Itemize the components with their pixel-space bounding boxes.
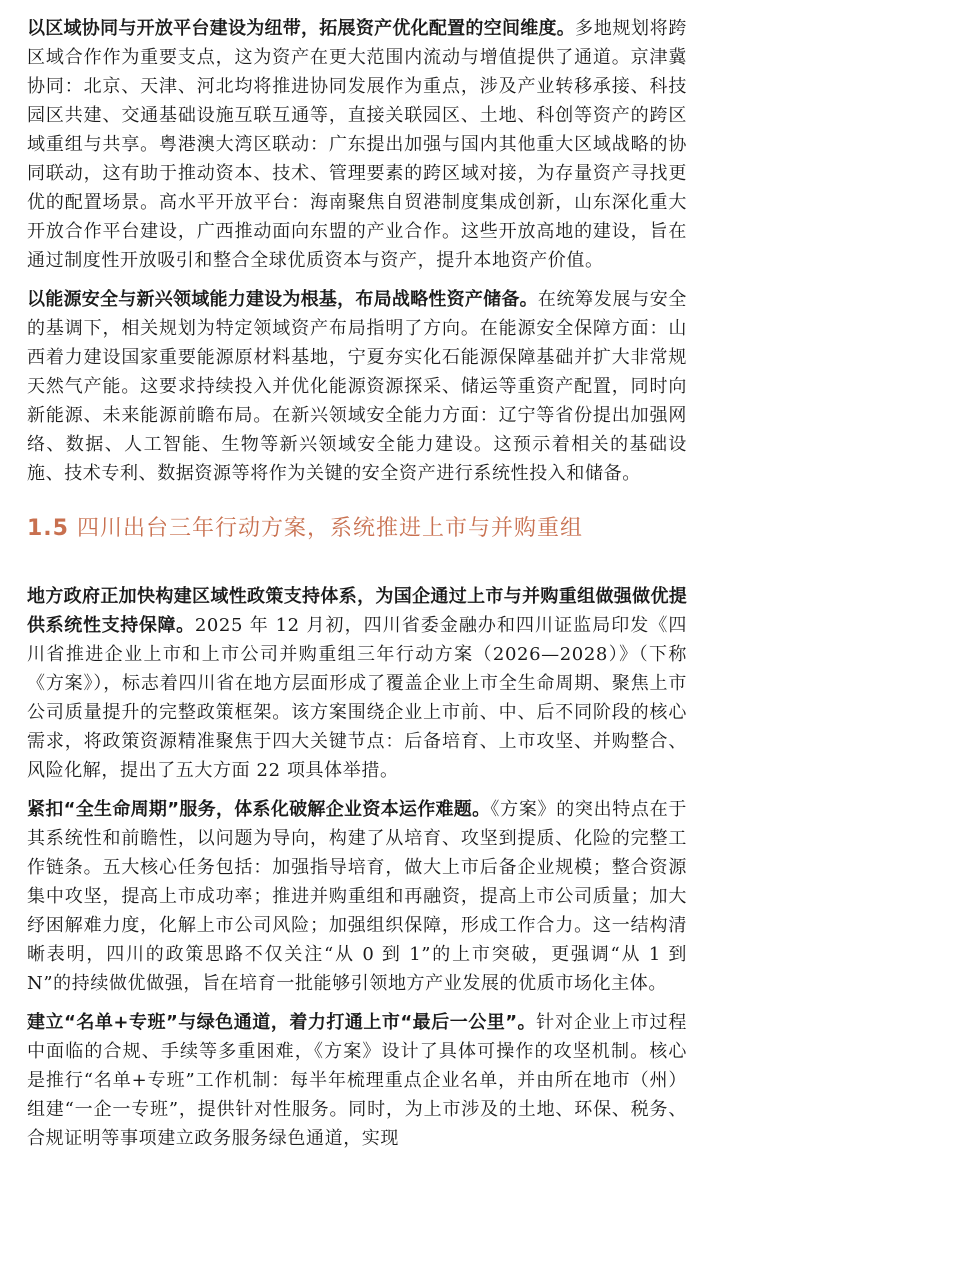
section-number: 1.5: [27, 516, 69, 541]
section-title: 四川出台三年行动方案，系统推进上市与并购重组: [77, 516, 583, 541]
section-heading: 1.5 四川出台三年行动方案，系统推进上市与并购重组: [27, 514, 687, 544]
paragraph-full-lifecycle: 紧扣“全生命周期”服务，体系化破解企业资本运作难题。《方案》的突出特点在于其系统…: [27, 795, 687, 998]
paragraph-green-channel: 建立“名单+专班”与绿色通道，着力打通上市“最后一公里”。针对企业上市过程中面临…: [27, 1008, 687, 1153]
paragraph-energy-security: 以能源安全与新兴领域能力建设为根基，布局战略性资产储备。在统筹发展与安全的基调下…: [27, 285, 687, 488]
paragraph-lead: 以能源安全与新兴领域能力建设为根基，布局战略性资产储备。: [27, 289, 538, 310]
paragraph-body: 2025 年 12 月初，四川省委金融办和四川证监局印发《四川省推进企业上市和上…: [27, 615, 687, 781]
paragraph-body: 《方案》的突出特点在于其系统性和前瞻性，以问题为导向，构建了从培育、攻坚到提质、…: [27, 799, 687, 994]
paragraph-regional-coordination: 以区域协同与开放平台建设为纽带，拓展资产优化配置的空间维度。多地规划将跨区域合作…: [27, 14, 687, 275]
paragraph-lead: 紧扣“全生命周期”服务，体系化破解企业资本运作难题。: [27, 799, 490, 820]
paragraph-body: 多地规划将跨区域合作作为重要支点，这为资产在更大范围内流动与增值提供了通道。京津…: [27, 18, 687, 271]
paragraph-policy-support: 地方政府正加快构建区域性政策支持体系，为国企通过上市与并购重组做强做优提供系统性…: [27, 582, 687, 785]
document-page: 以区域协同与开放平台建设为纽带，拓展资产优化配置的空间维度。多地规划将跨区域合作…: [27, 14, 687, 1163]
paragraph-lead: 建立“名单+专班”与绿色通道，着力打通上市“最后一公里”。: [27, 1012, 536, 1033]
paragraph-lead: 以区域协同与开放平台建设为纽带，拓展资产优化配置的空间维度。: [27, 18, 575, 39]
paragraph-body: 在统筹发展与安全的基调下，相关规划为特定领域资产布局指明了方向。在能源安全保障方…: [27, 289, 687, 484]
